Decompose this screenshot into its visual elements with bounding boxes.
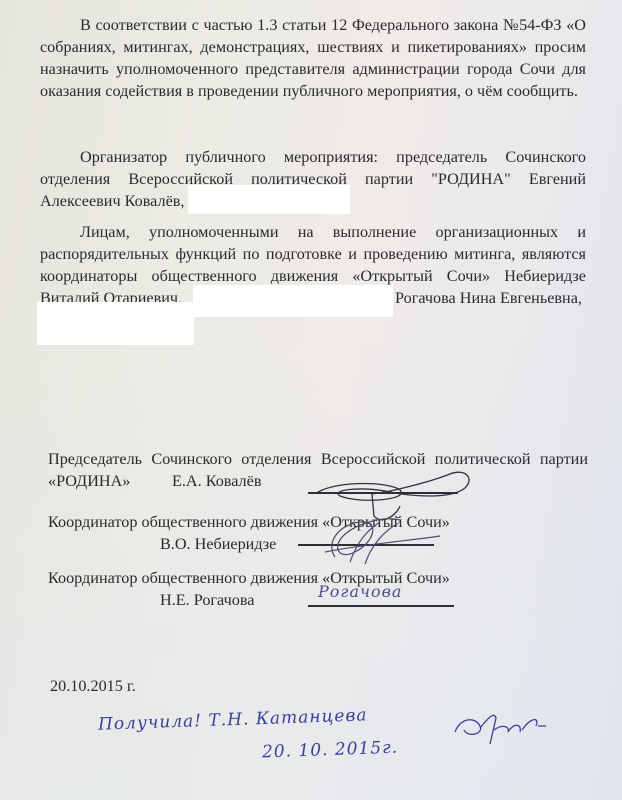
scanned-document-page: В соответствии с частью 1.3 статьи 12 Фе… (0, 0, 622, 800)
receipt-note-line-1: Получила! Т.Н. Катанцева (98, 705, 368, 734)
signatory-name: Е.А. Ковалёв (172, 470, 261, 492)
signature-line (308, 605, 454, 607)
paragraph-legal-basis: В соответствии с частью 1.3 статьи 12 Фе… (40, 14, 586, 102)
redaction-box (188, 185, 350, 214)
paragraph-1-text: В соответствии с частью 1.3 статьи 12 Фе… (40, 16, 586, 100)
handwritten-signature-text: Рогачова (318, 582, 402, 601)
redaction-box (37, 302, 194, 345)
document-date: 20.10.2015 г. (50, 675, 136, 697)
signatory-name: В.О. Небиеридзе (160, 535, 276, 553)
signatory-name: Н.Е. Рогачова (160, 591, 254, 609)
redaction-box (193, 285, 393, 317)
signatory-name-block: Н.Е. Рогачова (160, 589, 254, 611)
signatory-name-block: В.О. Небиеридзе (160, 533, 276, 555)
receipt-note-line-2: 20. 10. 2015г. (262, 738, 399, 763)
handwritten-signature-icon (305, 512, 445, 572)
signatory-title-line2: «РОДИНА» (48, 472, 130, 490)
receipt-signature-icon (450, 708, 550, 748)
paragraph-3-continuation: Рогачова Нина Евгеньевна, (395, 287, 582, 309)
